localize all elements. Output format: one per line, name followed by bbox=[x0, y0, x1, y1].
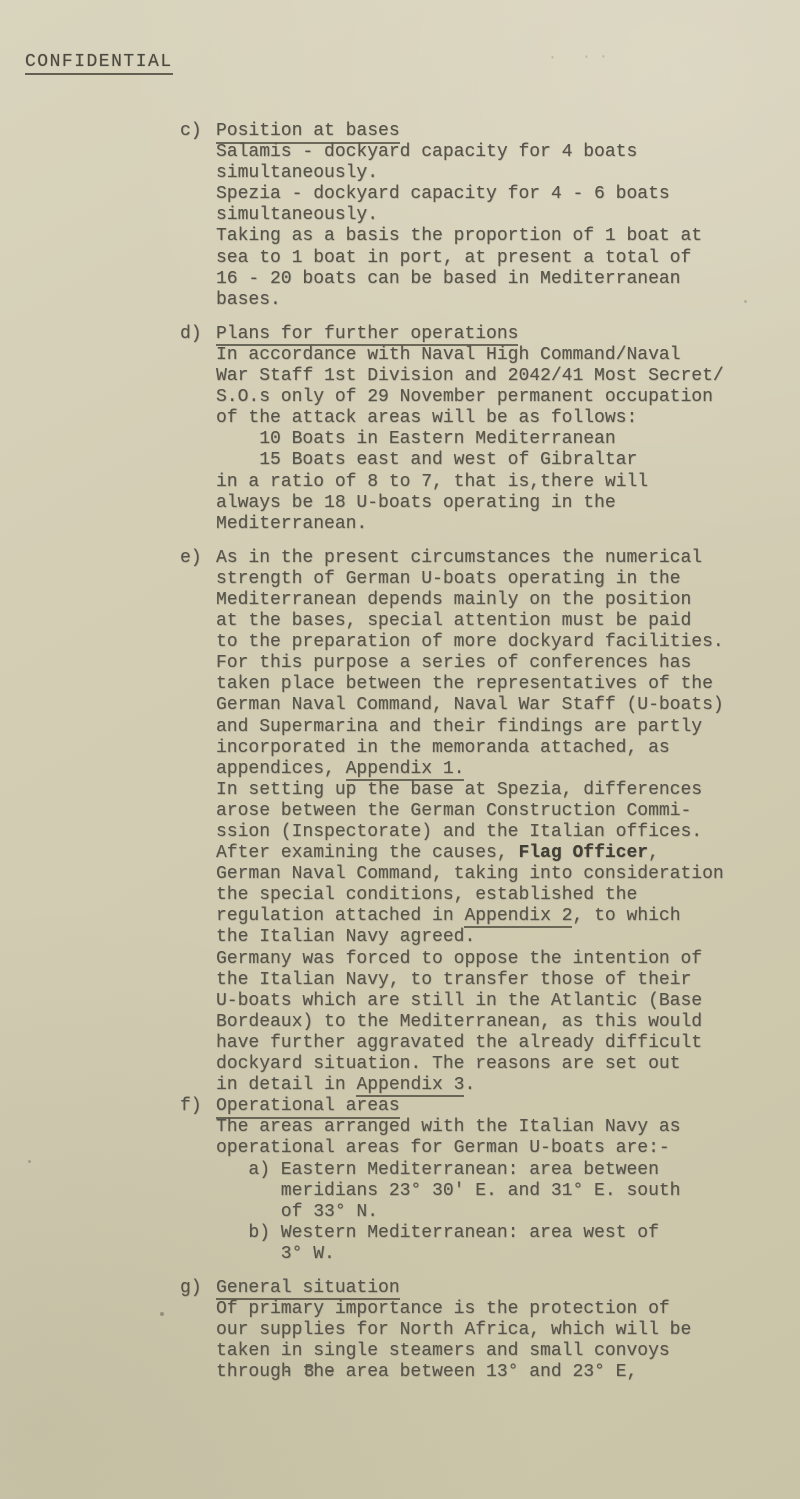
text-segment: 15 Boats east and west of Gibraltar bbox=[216, 450, 637, 470]
text-line: b) Western Mediterranean: area west of bbox=[216, 1223, 765, 1244]
text-segment: , to which bbox=[572, 906, 680, 926]
text-line: Germany was forced to oppose the intenti… bbox=[216, 949, 765, 970]
text-line: 16 - 20 boats can be based in Mediterran… bbox=[216, 269, 765, 290]
text-line: Spezia - dockyard capacity for 4 - 6 boa… bbox=[216, 184, 765, 205]
text-segment: always be 18 U-boats operating in the bbox=[216, 493, 616, 513]
section-letter: d) bbox=[180, 324, 202, 345]
text-segment: our supplies for North Africa, which wil… bbox=[216, 1320, 691, 1340]
text-segment: , bbox=[648, 843, 659, 863]
text-segment: For this purpose a series of conferences… bbox=[216, 653, 691, 673]
faint-pencil-marks: · ·· bbox=[548, 47, 718, 72]
text-segment: Taking as a basis the proportion of 1 bo… bbox=[216, 226, 702, 246]
text-line: For this purpose a series of conferences… bbox=[216, 653, 765, 674]
text-line: incorporated in the memoranda attached, … bbox=[216, 738, 765, 759]
text-segment: 10 Boats in Eastern Mediterranean bbox=[216, 429, 616, 449]
text-line: 3° W. bbox=[216, 1244, 765, 1265]
text-segment: the Italian Navy agreed. bbox=[216, 927, 475, 947]
text-line: simultaneously. bbox=[216, 205, 765, 226]
text-segment: German Naval Command, Naval War Staff (U… bbox=[216, 695, 724, 715]
text-segment: In accordance with Naval High Command/Na… bbox=[216, 345, 680, 365]
text-segment: the Italian Navy, to transfer those of t… bbox=[216, 970, 691, 990]
text-line: bases. bbox=[216, 290, 765, 311]
section-heading-text: General situation bbox=[216, 1278, 400, 1301]
text-segment: U-boats which are still in the Atlantic … bbox=[216, 991, 702, 1011]
text-line: in a ratio of 8 to 7, that is,there will bbox=[216, 472, 765, 493]
section-heading: Plans for further operations bbox=[216, 324, 765, 345]
text-segment: In setting up the base at Spezia, differ… bbox=[216, 780, 702, 800]
text-line: strength of German U-boats operating in … bbox=[216, 569, 765, 590]
section-letter: f) bbox=[180, 1096, 202, 1117]
text-segment: of the attack areas will be as follows: bbox=[216, 408, 637, 428]
section-g: g)General situationOf primary importance… bbox=[180, 1278, 765, 1383]
section-heading-text: Position at bases bbox=[216, 121, 400, 144]
text-segment: b) Western Mediterranean: area west of bbox=[216, 1223, 659, 1243]
text-segment: in detail in bbox=[216, 1075, 356, 1095]
section-heading-text: Operational areas bbox=[216, 1096, 400, 1119]
text-segment: Germany was forced to oppose the intenti… bbox=[216, 949, 702, 969]
text-segment: 3° W. bbox=[216, 1244, 335, 1264]
section-heading: Operational areas bbox=[216, 1096, 765, 1117]
text-line: Of primary importance is the protection … bbox=[216, 1299, 765, 1320]
text-line: of the attack areas will be as follows: bbox=[216, 408, 765, 429]
text-segment: 16 - 20 boats can be based in Mediterran… bbox=[216, 269, 680, 289]
text-line: Mediterranean depends mainly on the posi… bbox=[216, 590, 765, 611]
text-segment: at the bases, special attention must be … bbox=[216, 611, 691, 631]
text-line: the Italian Navy, to transfer those of t… bbox=[216, 970, 765, 991]
text-line: In setting up the base at Spezia, differ… bbox=[216, 780, 765, 801]
text-segment: the special conditions, established the bbox=[216, 885, 637, 905]
text-line: U-boats which are still in the Atlantic … bbox=[216, 991, 765, 1012]
text-line: 15 Boats east and west of Gibraltar bbox=[216, 450, 765, 471]
text-line: at the bases, special attention must be … bbox=[216, 611, 765, 632]
section-letter: g) bbox=[180, 1278, 202, 1299]
text-line: our supplies for North Africa, which wil… bbox=[216, 1320, 765, 1341]
text-segment: operational areas for German U-boats are… bbox=[216, 1138, 670, 1158]
text-segment: in a ratio of 8 to 7, that is,there will bbox=[216, 472, 648, 492]
section-heading: Position at bases bbox=[216, 121, 765, 142]
text-line: War Staff 1st Division and 2042/41 Most … bbox=[216, 366, 765, 387]
underlined-reference: Appendix 1. bbox=[346, 759, 465, 781]
text-segment: incorporated in the memoranda attached, … bbox=[216, 738, 670, 758]
text-segment: Bordeaux) to the Mediterranean, as this … bbox=[216, 1012, 702, 1032]
emphasized-text: Flag Officer bbox=[518, 843, 648, 863]
text-segment: dockyard situation. The reasons are set … bbox=[216, 1054, 680, 1074]
text-segment: a) Eastern Mediterranean: area between bbox=[216, 1160, 659, 1180]
text-segment: . bbox=[464, 1075, 475, 1095]
text-line: The areas arranged with the Italian Navy… bbox=[216, 1117, 765, 1138]
text-segment: Mediterranean depends mainly on the posi… bbox=[216, 590, 691, 610]
text-segment: ssion (Inspectorate) and the Italian off… bbox=[216, 822, 702, 842]
section-letter: c) bbox=[180, 121, 202, 142]
text-segment: simultaneously. bbox=[216, 205, 378, 225]
text-segment: to the preparation of more dockyard faci… bbox=[216, 632, 724, 652]
document-page: CONFIDENTIAL · ·· c)Position at basesSal… bbox=[0, 0, 800, 1499]
text-segment: As in the present circumstances the nume… bbox=[216, 548, 702, 568]
text-line: have further aggravated the already diff… bbox=[216, 1033, 765, 1054]
text-segment: War Staff 1st Division and 2042/41 Most … bbox=[216, 366, 724, 386]
text-segment: appendices, bbox=[216, 759, 346, 779]
text-segment: After examining the causes, bbox=[216, 843, 518, 863]
section-c: c)Position at basesSalamis - dockyard ca… bbox=[180, 121, 765, 311]
text-line: always be 18 U-boats operating in the bbox=[216, 493, 765, 514]
text-segment: Salamis - dockyard capacity for 4 boats bbox=[216, 142, 637, 162]
text-line: ssion (Inspectorate) and the Italian off… bbox=[216, 822, 765, 843]
text-segment: through the area between 13° and 23° E, bbox=[216, 1362, 637, 1382]
text-segment: Of primary importance is the protection … bbox=[216, 1299, 670, 1319]
text-line: meridians 23° 30' E. and 31° E. south bbox=[216, 1181, 765, 1202]
text-segment: sea to 1 boat in port, at present a tota… bbox=[216, 248, 691, 268]
text-line: simultaneously. bbox=[216, 163, 765, 184]
text-line: taken in single steamers and small convo… bbox=[216, 1341, 765, 1362]
text-segment: bases. bbox=[216, 290, 281, 310]
text-segment: taken place between the representatives … bbox=[216, 674, 713, 694]
text-line: Mediterranean. bbox=[216, 514, 765, 535]
text-line: of 33° N. bbox=[216, 1202, 765, 1223]
text-line: the Italian Navy agreed. bbox=[216, 927, 765, 948]
text-segment: S.O.s only of 29 November permanent occu… bbox=[216, 387, 713, 407]
text-line: arose between the German Construction Co… bbox=[216, 801, 765, 822]
text-segment: German Naval Command, taking into consid… bbox=[216, 864, 724, 884]
document-body: c)Position at basesSalamis - dockyard ca… bbox=[180, 121, 765, 1383]
text-line: S.O.s only of 29 November permanent occu… bbox=[216, 387, 765, 408]
text-segment: Mediterranean. bbox=[216, 514, 367, 534]
text-segment: meridians 23° 30' E. and 31° E. south bbox=[216, 1181, 680, 1201]
text-line: operational areas for German U-boats are… bbox=[216, 1138, 765, 1159]
text-line: Salamis - dockyard capacity for 4 boats bbox=[216, 142, 765, 163]
section-e: e)As in the present circumstances the nu… bbox=[180, 548, 765, 1096]
text-segment: arose between the German Construction Co… bbox=[216, 801, 691, 821]
section-heading-text: Plans for further operations bbox=[216, 324, 518, 347]
text-line: appendices, Appendix 1. bbox=[216, 759, 765, 780]
ink-speck bbox=[160, 1312, 164, 1316]
text-line: In accordance with Naval High Command/Na… bbox=[216, 345, 765, 366]
text-line: in detail in Appendix 3. bbox=[216, 1075, 765, 1096]
text-segment: strength of German U-boats operating in … bbox=[216, 569, 680, 589]
text-line: German Naval Command, Naval War Staff (U… bbox=[216, 695, 765, 716]
text-line: After examining the causes, Flag Officer… bbox=[216, 843, 765, 864]
underlined-reference: Appendix 2 bbox=[464, 906, 572, 928]
section-d: d)Plans for further operationsIn accorda… bbox=[180, 324, 765, 535]
text-line: taken place between the representatives … bbox=[216, 674, 765, 695]
text-line: dockyard situation. The reasons are set … bbox=[216, 1054, 765, 1075]
text-line: German Naval Command, taking into consid… bbox=[216, 864, 765, 885]
underlined-reference: Appendix 3 bbox=[356, 1075, 464, 1097]
text-line: to the preparation of more dockyard faci… bbox=[216, 632, 765, 653]
text-segment: of 33° N. bbox=[216, 1202, 378, 1222]
ink-speck bbox=[744, 300, 747, 303]
text-segment: taken in single steamers and small convo… bbox=[216, 1341, 670, 1361]
text-segment: Spezia - dockyard capacity for 4 - 6 boa… bbox=[216, 184, 670, 204]
ink-speck bbox=[28, 1160, 31, 1163]
text-segment: have further aggravated the already diff… bbox=[216, 1033, 702, 1053]
section-letter: e) bbox=[180, 548, 202, 569]
text-segment: and Supermarina and their findings are p… bbox=[216, 717, 702, 737]
text-segment: The areas arranged with the Italian Navy… bbox=[216, 1117, 680, 1137]
classification-stamp: CONFIDENTIAL bbox=[25, 52, 173, 75]
page-number: - 3 - bbox=[282, 1362, 336, 1382]
text-line: sea to 1 boat in port, at present a tota… bbox=[216, 248, 765, 269]
text-line: regulation attached in Appendix 2, to wh… bbox=[216, 906, 765, 927]
text-line: a) Eastern Mediterranean: area between bbox=[216, 1160, 765, 1181]
text-line: As in the present circumstances the nume… bbox=[216, 548, 765, 569]
text-segment: regulation attached in bbox=[216, 906, 464, 926]
section-heading: General situation bbox=[216, 1278, 765, 1299]
text-line: Bordeaux) to the Mediterranean, as this … bbox=[216, 1012, 765, 1033]
text-segment: simultaneously. bbox=[216, 163, 378, 183]
text-line: Taking as a basis the proportion of 1 bo… bbox=[216, 226, 765, 247]
section-f: f)Operational areasThe areas arranged wi… bbox=[180, 1096, 765, 1265]
text-line: 10 Boats in Eastern Mediterranean bbox=[216, 429, 765, 450]
text-line: the special conditions, established the bbox=[216, 885, 765, 906]
text-line: and Supermarina and their findings are p… bbox=[216, 717, 765, 738]
